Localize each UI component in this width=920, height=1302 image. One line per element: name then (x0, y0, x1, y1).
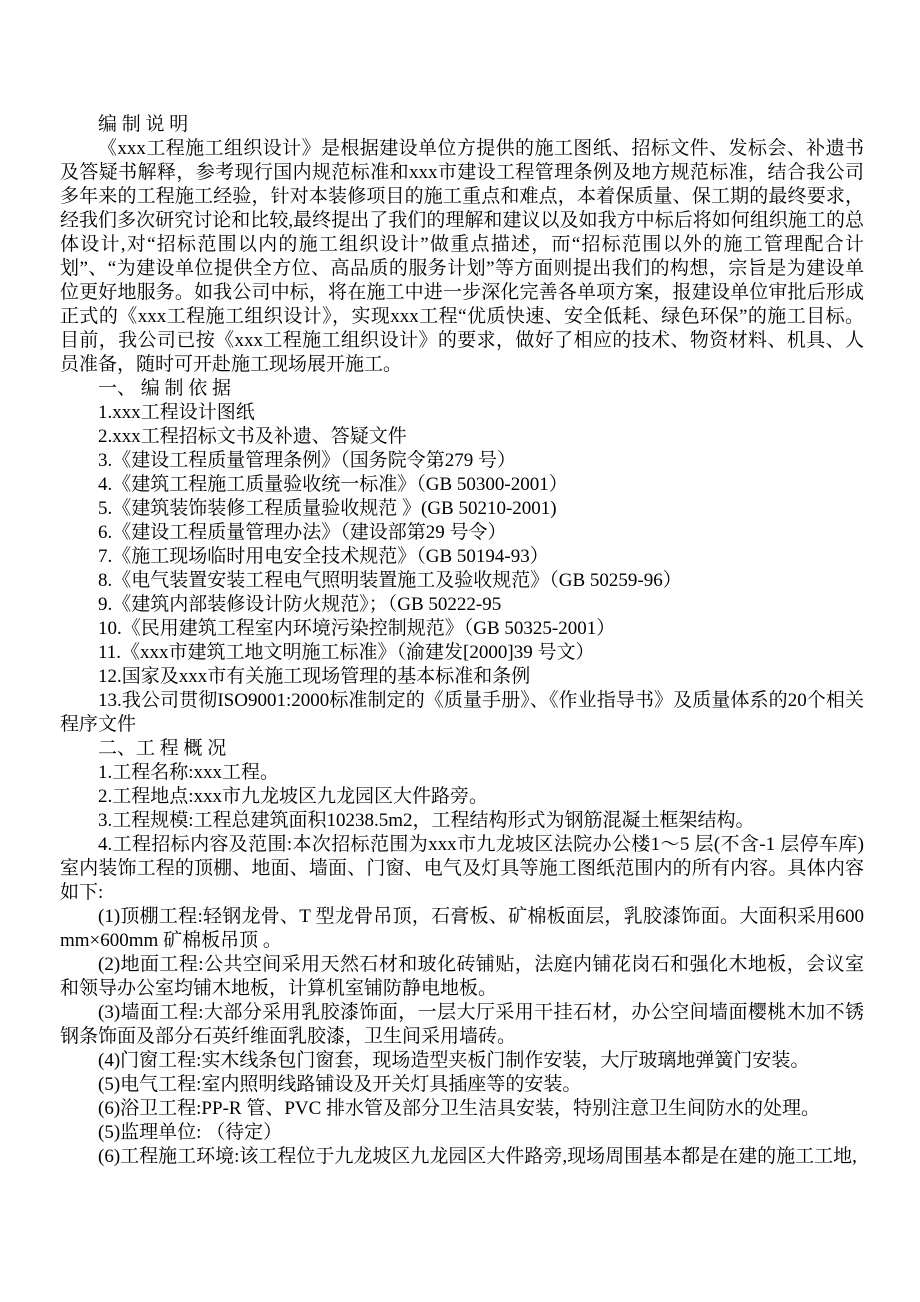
list-item: (5)监理单位: （待定） (60, 1121, 864, 1145)
document-page: 编 制 说 明 《xxx工程施工组织设计》是根据建设单位方提供的施工图纸、招标文… (0, 0, 920, 1302)
list-item: 6.《建设工程质量管理办法》（建设部第29 号令） (60, 521, 864, 545)
document-title: 编 制 说 明 (60, 113, 864, 137)
list-item: (6)浴卫工程:PP-R 管、PVC 排水管及部分卫生洁具安装，特别注意卫生间防… (60, 1097, 864, 1121)
list-item: 10.《民用建筑工程室内环境污染控制规范》（GB 50325-2001） (60, 617, 864, 641)
list-item: 11.《xxx市建筑工地文明施工标准》（渝建发[2000]39 号文） (60, 641, 864, 665)
list-item: 1.xxx工程设计图纸 (60, 401, 864, 425)
list-item: 3.工程规模:工程总建筑面积10238.5m2，工程结构形式为钢筋混凝土框架结构… (60, 809, 864, 833)
list-item: 5.《建筑装饰装修工程质量验收规范 》(GB 50210-2001) (60, 497, 864, 521)
list-item: 4.工程招标内容及范围:本次招标范围为xxx市九龙坡区法院办公楼1～5 层(不含… (60, 833, 864, 905)
list-item: (6)工程施工环境:该工程位于九龙坡区九龙园区大件路旁,现场周围基本都是在建的施… (60, 1145, 864, 1169)
list-item: 4.《建筑工程施工质量验收统一标准》（GB 50300-2001） (60, 473, 864, 497)
list-item: 9.《建筑内部装修设计防火规范》；（GB 50222-95 (60, 593, 864, 617)
list-item: 12.国家及xxx市有关施工现场管理的基本标准和条例 (60, 665, 864, 689)
list-item: (4)门窗工程:实木线条包门窗套，现场造型夹板门制作安装，大厅玻璃地弹簧门安装。 (60, 1049, 864, 1073)
list-item: 13.我公司贯彻ISO9001:2000标准制定的《质量手册》、《作业指导书》及… (60, 689, 864, 737)
list-item: (1)顶棚工程:轻钢龙骨、T 型龙骨吊顶，石膏板、矿棉板面层，乳胶漆饰面。大面积… (60, 905, 864, 953)
section2-heading: 二、工 程 概 况 (60, 737, 864, 761)
list-item: 8.《电气装置安装工程电气照明装置施工及验收规范》（GB 50259-96） (60, 569, 864, 593)
list-item: (3)墙面工程:大部分采用乳胶漆饰面，一层大厅采用干挂石材，办公空间墙面樱桃木加… (60, 1001, 864, 1049)
list-item: 7.《施工现场临时用电安全技术规范》（GB 50194-93） (60, 545, 864, 569)
list-item: 1.工程名称:xxx工程。 (60, 761, 864, 785)
list-item: 3.《建设工程质量管理条例》（国务院令第279 号） (60, 449, 864, 473)
list-item: 2.xxx工程招标文书及补遗、答疑文件 (60, 425, 864, 449)
list-item: (5)电气工程:室内照明线路铺设及开关灯具插座等的安装。 (60, 1073, 864, 1097)
section1-heading: 一、 编 制 依 据 (60, 377, 864, 401)
preface-paragraph: 《xxx工程施工组织设计》是根据建设单位方提供的施工图纸、招标文件、发标会、补遗… (60, 137, 864, 377)
list-item: 2.工程地点:xxx市九龙坡区九龙园区大件路旁。 (60, 785, 864, 809)
list-item: (2)地面工程:公共空间采用天然石材和玻化砖铺贴，法庭内铺花岗石和强化木地板，会… (60, 953, 864, 1001)
